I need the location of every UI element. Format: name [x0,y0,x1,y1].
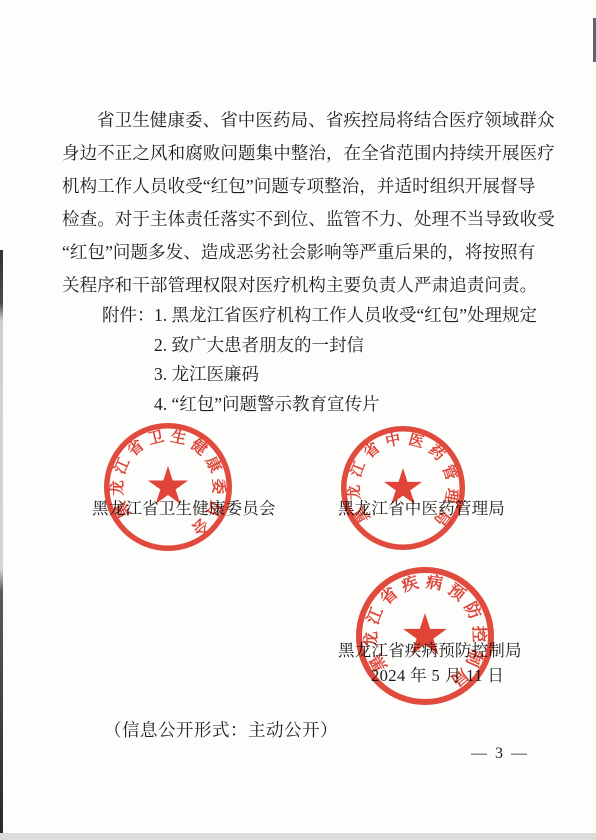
scan-artifact-right-edge [593,18,596,62]
seal-arc-character: 江 [110,455,133,478]
seal-arc-character: 康 [202,453,226,476]
paragraph-line: 检查。对于主体责任落实不到位、监管不力、处理不当导致收受 [62,203,542,236]
signature-org-disease-control: 黑龙江省疾病预防控制局 [338,637,522,661]
seal-arc-character: 龙 [108,480,126,496]
seal-ring [344,429,463,548]
paragraph-line: 机构工作人员收受“红包”问题专项整治，并适时组织开展督导 [62,170,542,203]
attachment-item: 2. 致广大患者朋友的一封信 [154,331,537,361]
attachment-list: 附件： 1. 黑龙江省医疗机构工作人员收受“红包”处理规定2. 致广大患者朋友的… [102,301,537,419]
signature-org-tcm-administration: 黑龙江省中医药管理局 [338,495,505,519]
seal-arc-character: 药 [425,441,448,464]
attachment-items: 1. 黑龙江省医疗机构工作人员收受“红包”处理规定2. 致广大患者朋友的一封信3… [154,301,537,419]
scan-artifact-left-edge [0,250,3,840]
official-seal: 黑龙江省中医药管理局 [344,429,463,548]
seal-arc-character: 医 [407,431,426,451]
attachment-label: 附件： [102,301,155,331]
seal-arc-character: 病 [424,571,445,594]
attachment-item: 3. 龙江医廉码 [154,360,537,390]
seal-arc-character: 省 [376,583,401,608]
signature-org-health-commission: 黑龙江省卫生健康委员会 [92,495,276,519]
signature-date: 2024 年 5 月 11 日 [371,662,504,686]
attachment-item: 1. 黑龙江省医疗机构工作人员收受“红包”处理规定 [154,301,537,331]
seal-arc-character: 江 [347,458,369,480]
seal-arc-character: 江 [363,604,387,627]
paragraph-line: 关程序和干部管理权限对医疗机构主要负责人严肃追责问责。 [62,269,542,302]
attachment-item: 4. “红包”问题警示教育宣传片 [154,390,537,420]
page-number: — 3 — [471,745,529,763]
paragraph-line: 身边不正之风和腐败问题集中整治，在全省范围内持续开展医疗 [62,137,542,170]
seal-arc-character: 防 [460,599,485,623]
seal-arc-character: 健 [186,435,210,460]
document-page: 省卫生健康委、省中医药局、省疾控局将结合医疗领域群众身边不正之风和腐败问题集中整… [0,0,596,840]
seal-arc-character: 卫 [146,427,166,448]
seal-arc-character: 委 [209,479,228,495]
seal-arc-character: 中 [384,431,402,451]
seal-arc-character: 省 [124,436,148,460]
seal-arc-character: 疾 [398,572,421,596]
disclosure-note: （信息公开形式：主动公开） [104,717,338,742]
scan-artifact-bottom-strip [0,833,596,840]
seal-ring [107,426,230,549]
paragraph-line: “红包”问题多发、造成恶劣社会影响等严重后果的，将按照有 [62,236,542,269]
paragraph-line: 省卫生健康委、省中医药局、省疾控局将结合医疗领域群众 [62,104,542,137]
seal-arc-character: 省 [361,439,383,462]
seal-arc-character: 预 [444,580,469,605]
seal-arc-character: 管 [439,462,461,482]
main-paragraph: 省卫生健康委、省中医药局、省疾控局将结合医疗领域群众身边不正之风和腐败问题集中整… [62,104,542,302]
official-seal: 黑龙江省卫生健康委员会 [107,426,230,549]
seal-arc-character: 生 [169,427,188,448]
